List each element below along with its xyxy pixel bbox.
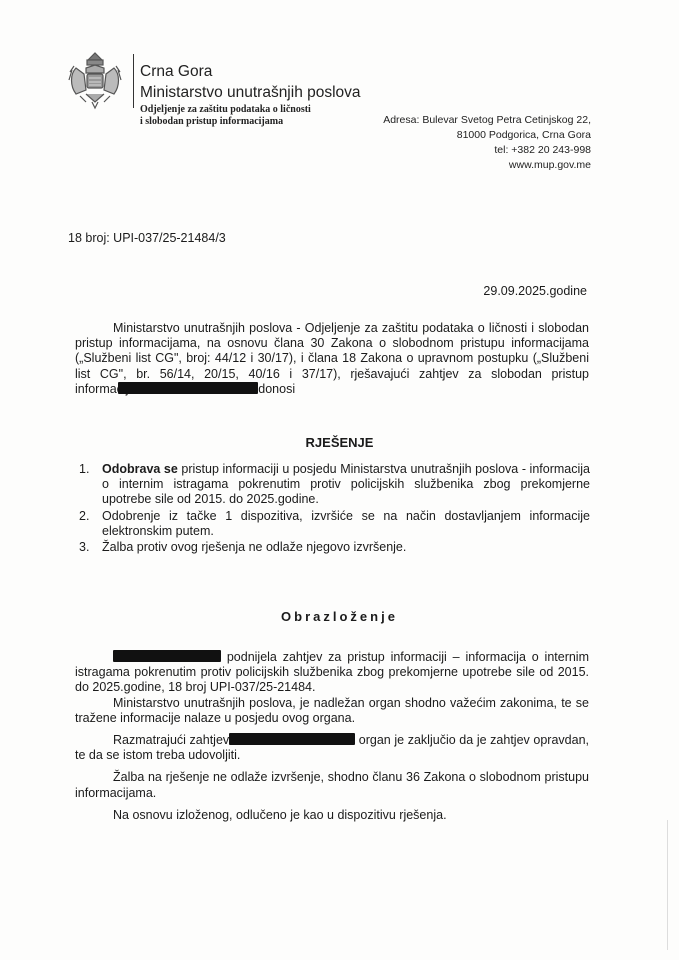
address-line-1: Adresa: Bulevar Svetog Petra Cetinjskog … bbox=[383, 113, 591, 128]
item-bold-text: Odobrava se bbox=[102, 462, 178, 476]
reasoning-title: Obrazloženje bbox=[0, 609, 679, 624]
redaction-block bbox=[118, 382, 258, 394]
department-name: Odjeljenje za zaštitu podataka o ličnost… bbox=[140, 104, 311, 127]
intro-paragraph: Ministarstvo unutrašnjih poslova - Odjel… bbox=[75, 321, 589, 397]
decision-list: 1. Odobrava se pristup informaciji u pos… bbox=[75, 462, 590, 556]
decision-item: 3. Žalba protiv ovog rješenja ne odlaže … bbox=[75, 540, 590, 555]
intro-text-end: donosi bbox=[258, 382, 295, 396]
item-text: Odobrenje iz tačke 1 dispozitiva, izvrši… bbox=[102, 509, 590, 539]
item-number: 2. bbox=[75, 509, 102, 539]
reasoning-paragraph-2: Ministarstvo unutrašnjih poslova, je nad… bbox=[75, 696, 589, 726]
reasoning-paragraph-1: podnijela zahtjev za pristup informaciji… bbox=[75, 650, 589, 696]
ministry-name: Ministarstvo unutrašnjih poslova bbox=[140, 84, 361, 102]
header-divider bbox=[133, 54, 134, 108]
item-number: 3. bbox=[75, 540, 102, 555]
website-link: www.mup.gov.me bbox=[383, 158, 591, 173]
address-line-2: 81000 Podgorica, Crna Gora bbox=[383, 128, 591, 143]
document-date: 29.09.2025.godine bbox=[483, 284, 587, 298]
redaction-block bbox=[229, 733, 355, 745]
reasoning-paragraph-3: Razmatrajući zahtjev organ je zaključio … bbox=[75, 733, 589, 763]
scan-edge-line bbox=[667, 820, 668, 950]
department-line-1: Odjeljenje za zaštitu podataka o ličnost… bbox=[140, 104, 311, 116]
address-block: Adresa: Bulevar Svetog Petra Cetinjskog … bbox=[383, 113, 591, 173]
reasoning-paragraph-5: Na osnovu izloženog, odlučeno je kao u d… bbox=[75, 808, 589, 823]
reference-number: 18 broj: UPI-037/25-21484/3 bbox=[68, 231, 226, 245]
reasoning-body: podnijela zahtjev za pristup informaciji… bbox=[75, 650, 589, 830]
redaction-block bbox=[113, 650, 221, 662]
department-line-2: i slobodan pristup informacijama bbox=[140, 116, 311, 128]
decision-item: 2. Odobrenje iz tačke 1 dispozitiva, izv… bbox=[75, 509, 590, 539]
decision-title: RJEŠENJE bbox=[0, 435, 679, 450]
country-name: Crna Gora bbox=[140, 63, 212, 81]
phone-number: tel: +382 20 243-998 bbox=[383, 143, 591, 158]
reasoning-paragraph-4: Žalba na rješenje ne odlaže izvršenje, s… bbox=[75, 770, 589, 800]
item-text: Žalba protiv ovog rješenja ne odlaže nje… bbox=[102, 540, 590, 555]
item-number: 1. bbox=[75, 462, 102, 508]
coat-of-arms-icon bbox=[66, 50, 124, 112]
decision-item: 1. Odobrava se pristup informaciji u pos… bbox=[75, 462, 590, 508]
